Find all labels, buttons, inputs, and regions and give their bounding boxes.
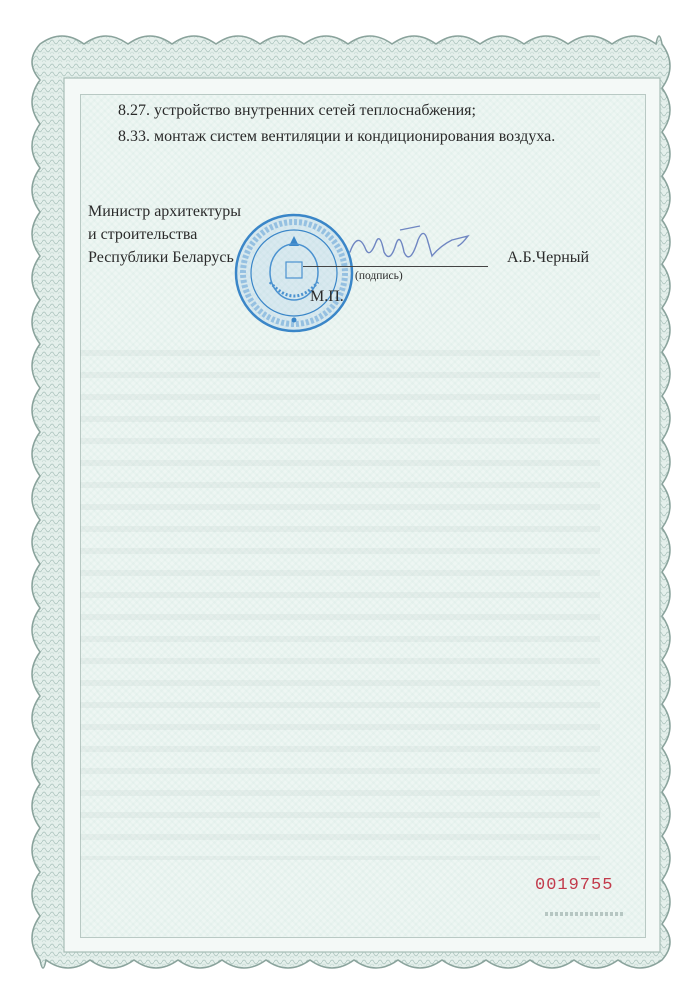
signature-caption: (подпись) [355,270,403,282]
printer-imprint [545,912,625,916]
signatory-name: А.Б.Черный [507,249,589,267]
signatory-title-line: Министр архитектуры [88,203,241,221]
signature-line [303,266,488,267]
list-item: 8.27. устройство внутренних сетей теплос… [118,102,476,120]
list-item: 8.33. монтаж систем вентиляции и кондици… [118,128,555,146]
seal-label: М.П. [310,288,344,306]
handwritten-signature-icon [340,222,480,272]
bleed-through-texture [80,340,600,860]
signatory-title-line: и строительства [88,226,197,244]
serial-number: 0019755 [535,876,613,895]
official-seal-icon [233,212,355,334]
signatory-title-line: Республики Беларусь [88,249,234,267]
